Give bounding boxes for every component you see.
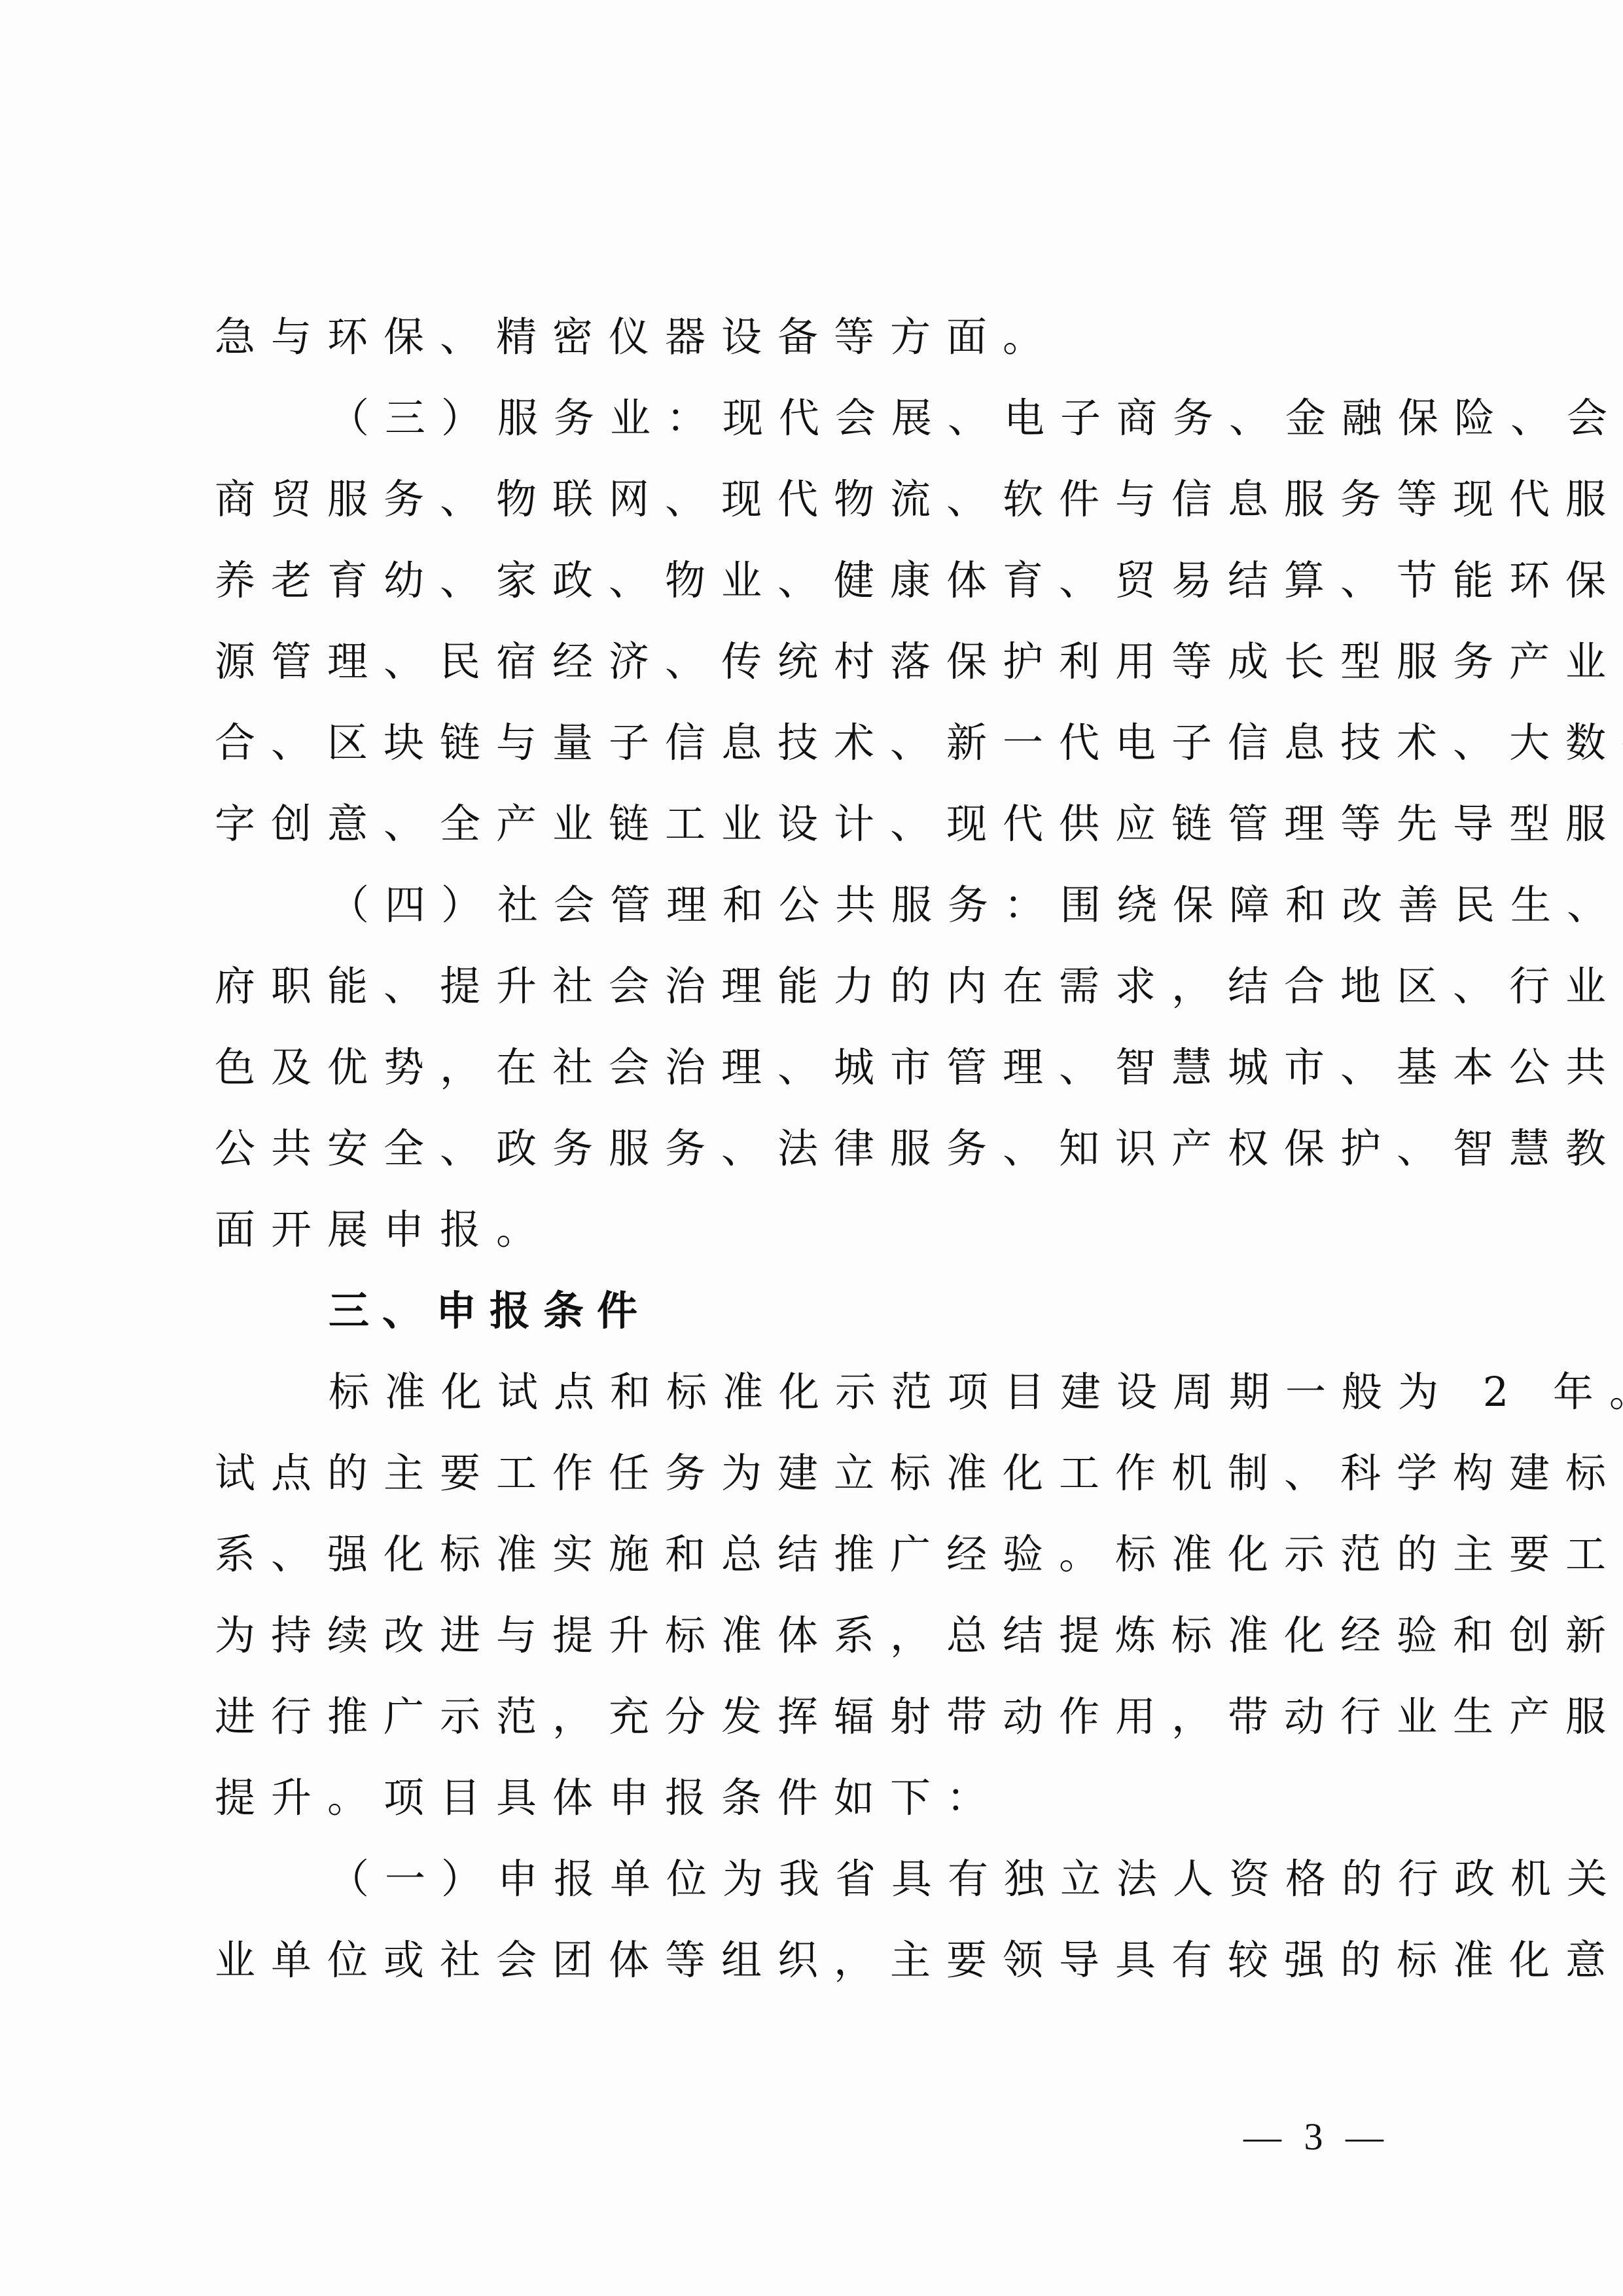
paragraph-line: 商贸服务、物联网、现代物流、软件与信息服务等现代服务产业； — [215, 459, 1407, 540]
paragraph-line: 系、强化标准实施和总结推广经验。标准化示范的主要工作任务 — [215, 1514, 1407, 1595]
paragraph-line-social-management: （四）社会管理和公共服务：围绕保障和改善民生、转变政 — [215, 865, 1407, 946]
paragraph-line: 养老育幼、家政、物业、健康体育、贸易结算、节能环保、区域能 — [215, 540, 1407, 621]
body-text: 急与环保、精密仪器设备等方面。 （三）服务业：现代会展、电子商务、金融保险、会计… — [215, 296, 1407, 2001]
paragraph-line: 试点的主要工作任务为建立标准化工作机制、科学构建标准体 — [215, 1433, 1407, 1514]
paragraph-line-conditions-intro: 标准化试点和标准化示范项目建设周期一般为 2 年。标准化 — [215, 1352, 1407, 1433]
paragraph-line: 急与环保、精密仪器设备等方面。 — [215, 296, 1407, 378]
paragraph-line: 业单位或社会团体等组织，主要领导具有较强的标准化意识、重 — [215, 1920, 1407, 2001]
paragraph-line: 府职能、提升社会治理能力的内在需求，结合地区、行业发展特 — [215, 946, 1407, 1027]
paragraph-line: 源管理、民宿经济、传统村落保护利用等成长型服务产业；两化融 — [215, 621, 1407, 702]
paragraph-line: 提升。项目具体申报条件如下： — [215, 1757, 1407, 1839]
document-page: 急与环保、精密仪器设备等方面。 （三）服务业：现代会展、电子商务、金融保险、会计… — [0, 0, 1623, 2296]
section-heading: 三、申报条件 — [215, 1270, 1407, 1352]
page-number: — 3 — — [1243, 2114, 1374, 2160]
paragraph-line: 为持续改进与提升标准体系，总结提炼标准化经验和创新成果并 — [215, 1595, 1407, 1676]
paragraph-line-service-industry: （三）服务业：现代会展、电子商务、金融保险、会计税务、 — [215, 378, 1407, 459]
paragraph-line: 合、区块链与量子信息技术、新一代电子信息技术、大数据、数 — [215, 702, 1407, 783]
paragraph-line: 色及优势，在社会治理、城市管理、智慧城市、基本公共服务、 — [215, 1027, 1407, 1108]
paragraph-line: 进行推广示范，充分发挥辐射带动作用，带动行业生产服务质量 — [215, 1676, 1407, 1757]
paragraph-line: 公共安全、政务服务、法律服务、知识产权保护、智慧教育等方 — [215, 1108, 1407, 1189]
paragraph-line: 字创意、全产业链工业设计、现代供应链管理等先导型服务产业。 — [215, 783, 1407, 865]
paragraph-line-condition-one: （一）申报单位为我省具有独立法人资格的行政机关、企事 — [215, 1839, 1407, 1920]
paragraph-line: 面开展申报。 — [215, 1189, 1407, 1270]
